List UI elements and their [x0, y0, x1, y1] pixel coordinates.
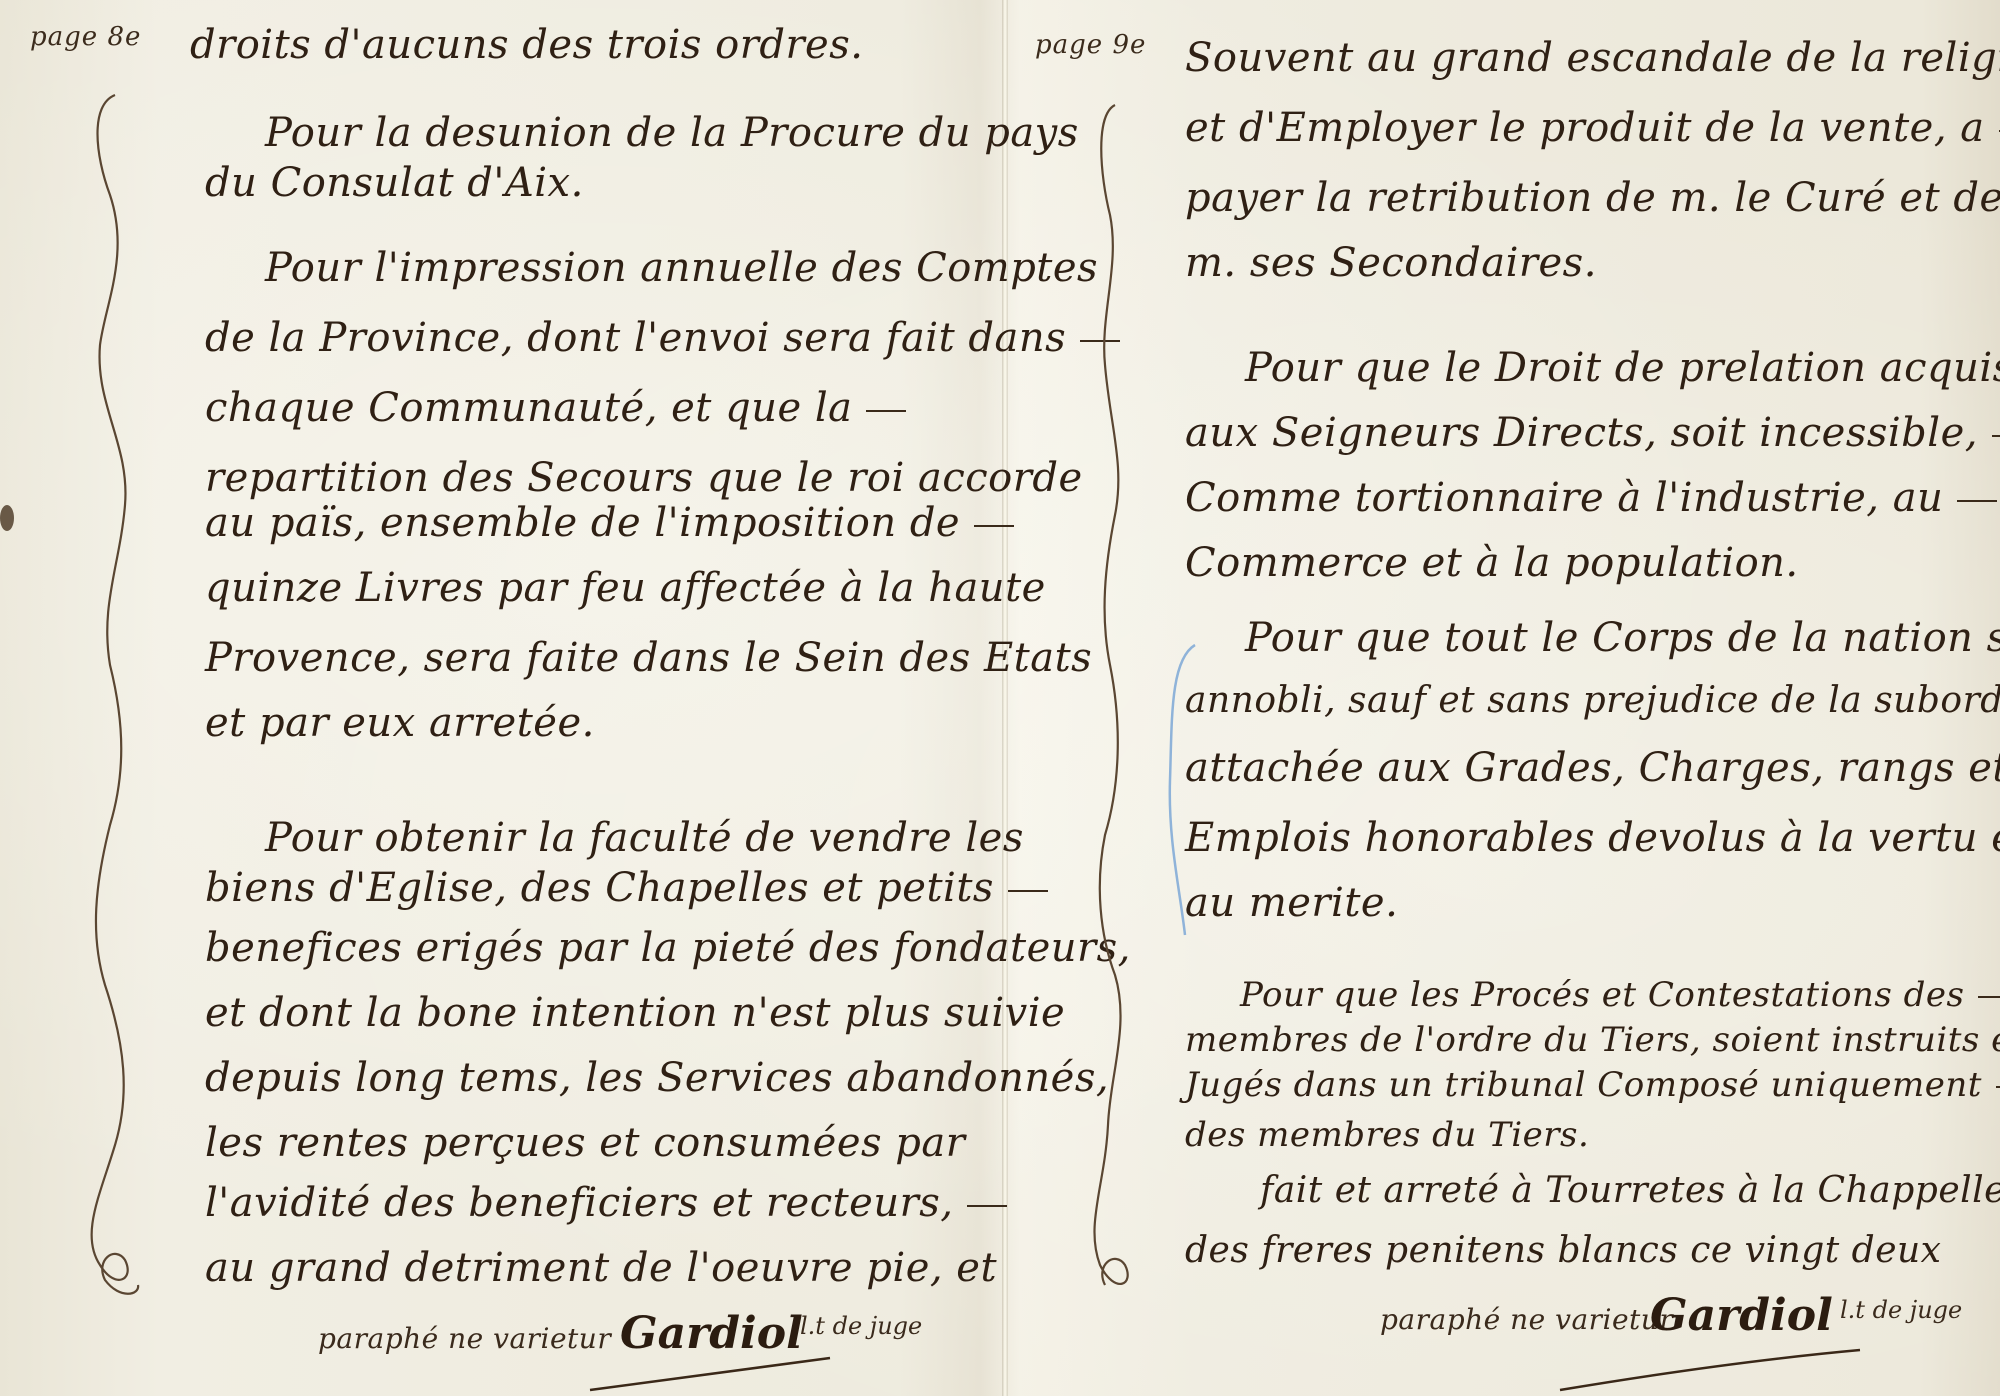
- manuscript-line: de la Province, dont l'envoi sera fait d…: [205, 315, 1120, 361]
- manuscript-line: et d'Employer le produit de la vente, a: [1185, 105, 2000, 151]
- manuscript-line: aux Seigneurs Directs, soit incessible,: [1185, 410, 2000, 456]
- manuscript-line: et dont la bone intention n'est plus sui…: [205, 990, 1065, 1036]
- manuscript-line: Jugés dans un tribunal Composé uniquemen…: [1185, 1065, 2000, 1105]
- manuscript-line: quinze Livres par feu affectée à la haut…: [205, 565, 1046, 611]
- right-page: page 9e Souvent au grand escandale de la…: [1010, 0, 2000, 1396]
- manuscript-line: attachée aux Grades, Charges, rangs et: [1185, 745, 2000, 791]
- manuscript-line: l'avidité des beneficiers et recteurs,: [205, 1180, 1007, 1226]
- signature-title: l.t de juge: [1840, 1296, 1962, 1324]
- manuscript-line: biens d'Eglise, des Chapelles et petits: [205, 865, 1048, 911]
- manuscript-line: au grand detriment de l'oeuvre pie, et: [205, 1245, 997, 1291]
- margin-brace-icon: [1070, 95, 1140, 1325]
- manuscript-line: repartition des Secours que le roi accor…: [205, 455, 1083, 501]
- manuscript-line: droits d'aucuns des trois ordres.: [190, 22, 863, 68]
- manuscript-line: et par eux arretée.: [205, 700, 595, 746]
- manuscript-line: au merite.: [1185, 880, 1398, 926]
- manuscript-line: membres de l'ordre du Tiers, soient inst…: [1185, 1020, 2000, 1060]
- signature: Gardiol: [1650, 1290, 1833, 1341]
- manuscript-line: chaque Communauté, et que la: [205, 385, 906, 431]
- manuscript-line: Commerce et à la population.: [1185, 540, 1799, 586]
- left-page: page 8e droits d'aucuns des trois ordres…: [0, 0, 1000, 1396]
- manuscript-line: au païs, ensemble de l'imposition de: [205, 500, 1014, 546]
- manuscript-line: Provence, sera faite dans le Sein des Et…: [205, 635, 1092, 681]
- manuscript-line: Pour que tout le Corps de la nation soit: [1245, 615, 2000, 661]
- manuscript-line: du Consulat d'Aix.: [205, 160, 584, 206]
- signature-title: l.t de juge: [800, 1312, 922, 1340]
- manuscript-line: annobli, sauf et sans prejudice de la su…: [1185, 680, 2000, 721]
- manuscript-line: Pour que les Procés et Contestations des: [1240, 975, 2000, 1015]
- manuscript-line: Pour que le Droit de prelation acquis: [1245, 345, 2000, 391]
- signature-flourish-icon: [580, 1350, 840, 1396]
- page-number-label: page 8e: [30, 22, 141, 52]
- manuscript-line: Emplois honorables devolus à la vertu et: [1185, 815, 2000, 861]
- manuscript-line: payer la retribution de m. le Curé et de…: [1185, 175, 2000, 221]
- margin-brace-icon: [70, 85, 140, 1335]
- manuscript-line: depuis long tems, les Services abandonné…: [205, 1055, 1109, 1101]
- manuscript-line: Souvent au grand escandale de la religio…: [1185, 35, 2000, 81]
- manuscript-line: benefices erigés par la pieté des fondat…: [205, 925, 1131, 971]
- manuscript-line: Pour l'impression annuelle des Comptes: [265, 245, 1098, 291]
- signature-flourish-icon: [1550, 1340, 1870, 1396]
- manuscript-line: des membres du Tiers.: [1185, 1115, 1589, 1155]
- manuscript-line: fait et arreté à Tourretes à la Chappell…: [1260, 1170, 2000, 1211]
- manuscript-line: des freres penitens blancs ce vingt deux: [1185, 1230, 1942, 1271]
- page-number-label: page 9e: [1035, 30, 1146, 60]
- manuscript-spread: page 8e droits d'aucuns des trois ordres…: [0, 0, 2000, 1396]
- manuscript-line: les rentes perçues et consumées par: [205, 1120, 965, 1166]
- manuscript-line: Pour obtenir la faculté de vendre les: [265, 815, 1024, 861]
- paraph-note: paraphé ne varietur: [318, 1322, 611, 1355]
- paraph-note: paraphé ne varietur: [1380, 1303, 1673, 1336]
- manuscript-line: Pour la desunion de la Procure du pays: [265, 110, 1079, 156]
- manuscript-line: m. ses Secondaires.: [1185, 240, 1597, 286]
- manuscript-line: Comme tortionnaire à l'industrie, au: [1185, 475, 1997, 521]
